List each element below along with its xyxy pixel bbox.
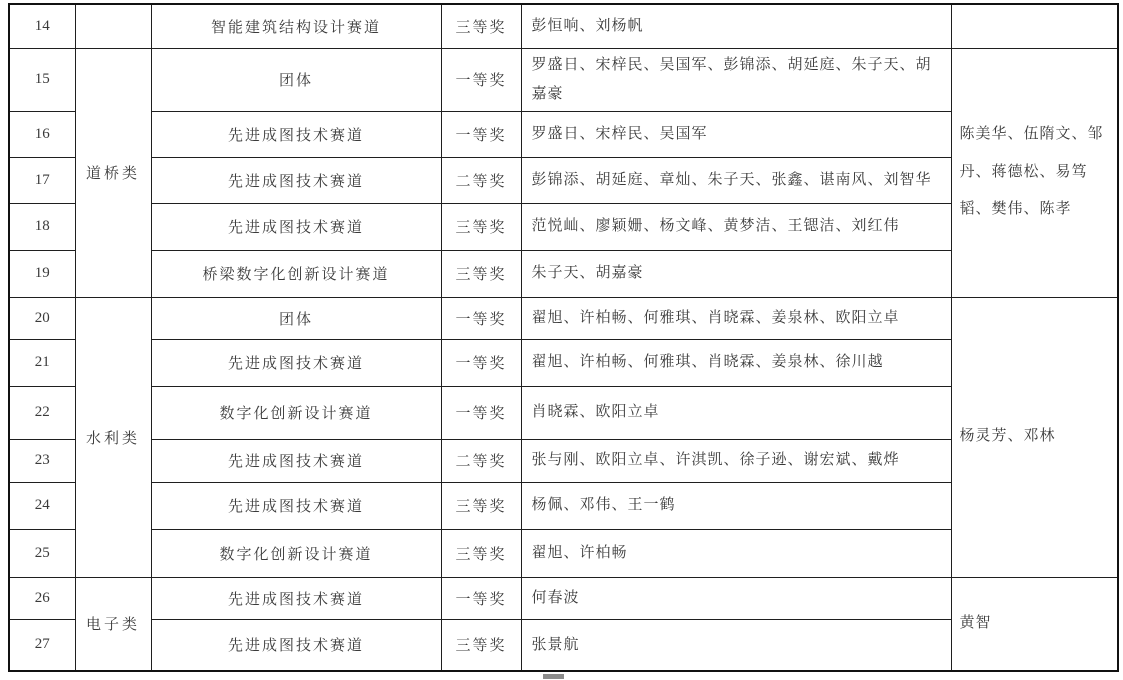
row-number-cell: 21	[9, 339, 75, 386]
advisors-cell	[951, 4, 1118, 48]
students-cell: 范悦屾、廖颖姗、杨文峰、黄梦洁、王锶洁、刘红伟	[521, 203, 951, 250]
award-results-table: 14 智能建筑结构设计赛道 三等奖 彭恒响、刘杨帆 15 道桥类 团体 一等奖 …	[8, 3, 1119, 672]
row-number-cell: 27	[9, 619, 75, 671]
track-cell: 数字化创新设计赛道	[151, 386, 441, 439]
category-group-cell: 电子类	[75, 577, 151, 671]
track-cell: 智能建筑结构设计赛道	[151, 4, 441, 48]
award-cell: 三等奖	[441, 482, 521, 529]
category-group-cell: 道桥类	[75, 48, 151, 297]
row-number-cell: 14	[9, 4, 75, 48]
award-cell: 三等奖	[441, 529, 521, 577]
track-cell: 先进成图技术赛道	[151, 157, 441, 203]
row-number-cell: 22	[9, 386, 75, 439]
award-cell: 三等奖	[441, 4, 521, 48]
award-cell: 一等奖	[441, 577, 521, 619]
track-cell: 先进成图技术赛道	[151, 619, 441, 671]
track-cell: 团体	[151, 48, 441, 111]
students-cell: 彭恒响、刘杨帆	[521, 4, 951, 48]
award-cell: 三等奖	[441, 250, 521, 297]
award-cell: 一等奖	[441, 111, 521, 157]
students-cell: 何春波	[521, 577, 951, 619]
track-cell: 先进成图技术赛道	[151, 482, 441, 529]
advisors-group-cell: 杨灵芳、邓林	[951, 297, 1118, 577]
track-cell: 先进成图技术赛道	[151, 439, 441, 482]
students-cell: 杨佩、邓伟、王一鹤	[521, 482, 951, 529]
award-cell: 三等奖	[441, 203, 521, 250]
page-bottom-marker	[543, 674, 564, 679]
row-number-cell: 17	[9, 157, 75, 203]
students-cell: 翟旭、许柏畅、何雅琪、肖晓霖、姜泉林、徐川越	[521, 339, 951, 386]
track-cell: 先进成图技术赛道	[151, 577, 441, 619]
students-cell: 翟旭、许柏畅	[521, 529, 951, 577]
advisors-group-cell: 黄智	[951, 577, 1118, 671]
row-number-cell: 20	[9, 297, 75, 339]
award-cell: 一等奖	[441, 339, 521, 386]
table-row: 14 智能建筑结构设计赛道 三等奖 彭恒响、刘杨帆	[9, 4, 1118, 48]
award-cell: 一等奖	[441, 48, 521, 111]
category-group-cell: 水利类	[75, 297, 151, 577]
students-cell: 罗盛日、宋梓民、吴国军	[521, 111, 951, 157]
track-cell: 先进成图技术赛道	[151, 111, 441, 157]
students-cell: 张景航	[521, 619, 951, 671]
document-page: 14 智能建筑结构设计赛道 三等奖 彭恒响、刘杨帆 15 道桥类 团体 一等奖 …	[0, 0, 1123, 680]
award-cell: 一等奖	[441, 297, 521, 339]
table-row: 20 水利类 团体 一等奖 翟旭、许柏畅、何雅琪、肖晓霖、姜泉林、欧阳立卓 杨灵…	[9, 297, 1118, 339]
students-cell: 罗盛日、宋梓民、吴国军、彭锦添、胡延庭、朱子天、胡嘉豪	[521, 48, 951, 111]
row-number-cell: 18	[9, 203, 75, 250]
award-cell: 三等奖	[441, 619, 521, 671]
row-number-cell: 25	[9, 529, 75, 577]
award-cell: 二等奖	[441, 439, 521, 482]
track-cell: 先进成图技术赛道	[151, 339, 441, 386]
row-number-cell: 26	[9, 577, 75, 619]
track-cell: 桥梁数字化创新设计赛道	[151, 250, 441, 297]
category-cell	[75, 4, 151, 48]
row-number-cell: 19	[9, 250, 75, 297]
students-cell: 肖晓霖、欧阳立卓	[521, 386, 951, 439]
track-cell: 先进成图技术赛道	[151, 203, 441, 250]
students-cell: 朱子天、胡嘉豪	[521, 250, 951, 297]
table-row: 26 电子类 先进成图技术赛道 一等奖 何春波 黄智	[9, 577, 1118, 619]
track-cell: 数字化创新设计赛道	[151, 529, 441, 577]
award-cell: 一等奖	[441, 386, 521, 439]
row-number-cell: 15	[9, 48, 75, 111]
students-cell: 彭锦添、胡延庭、章灿、朱子天、张鑫、谌南风、刘智华	[521, 157, 951, 203]
row-number-cell: 23	[9, 439, 75, 482]
table-row: 15 道桥类 团体 一等奖 罗盛日、宋梓民、吴国军、彭锦添、胡延庭、朱子天、胡嘉…	[9, 48, 1118, 111]
students-cell: 张与刚、欧阳立卓、许淇凯、徐子逊、谢宏斌、戴烨	[521, 439, 951, 482]
award-cell: 二等奖	[441, 157, 521, 203]
students-cell: 翟旭、许柏畅、何雅琪、肖晓霖、姜泉林、欧阳立卓	[521, 297, 951, 339]
row-number-cell: 24	[9, 482, 75, 529]
row-number-cell: 16	[9, 111, 75, 157]
advisors-group-cell: 陈美华、伍隋文、邹丹、蒋德松、易笃韬、樊伟、陈孝	[951, 48, 1118, 297]
track-cell: 团体	[151, 297, 441, 339]
